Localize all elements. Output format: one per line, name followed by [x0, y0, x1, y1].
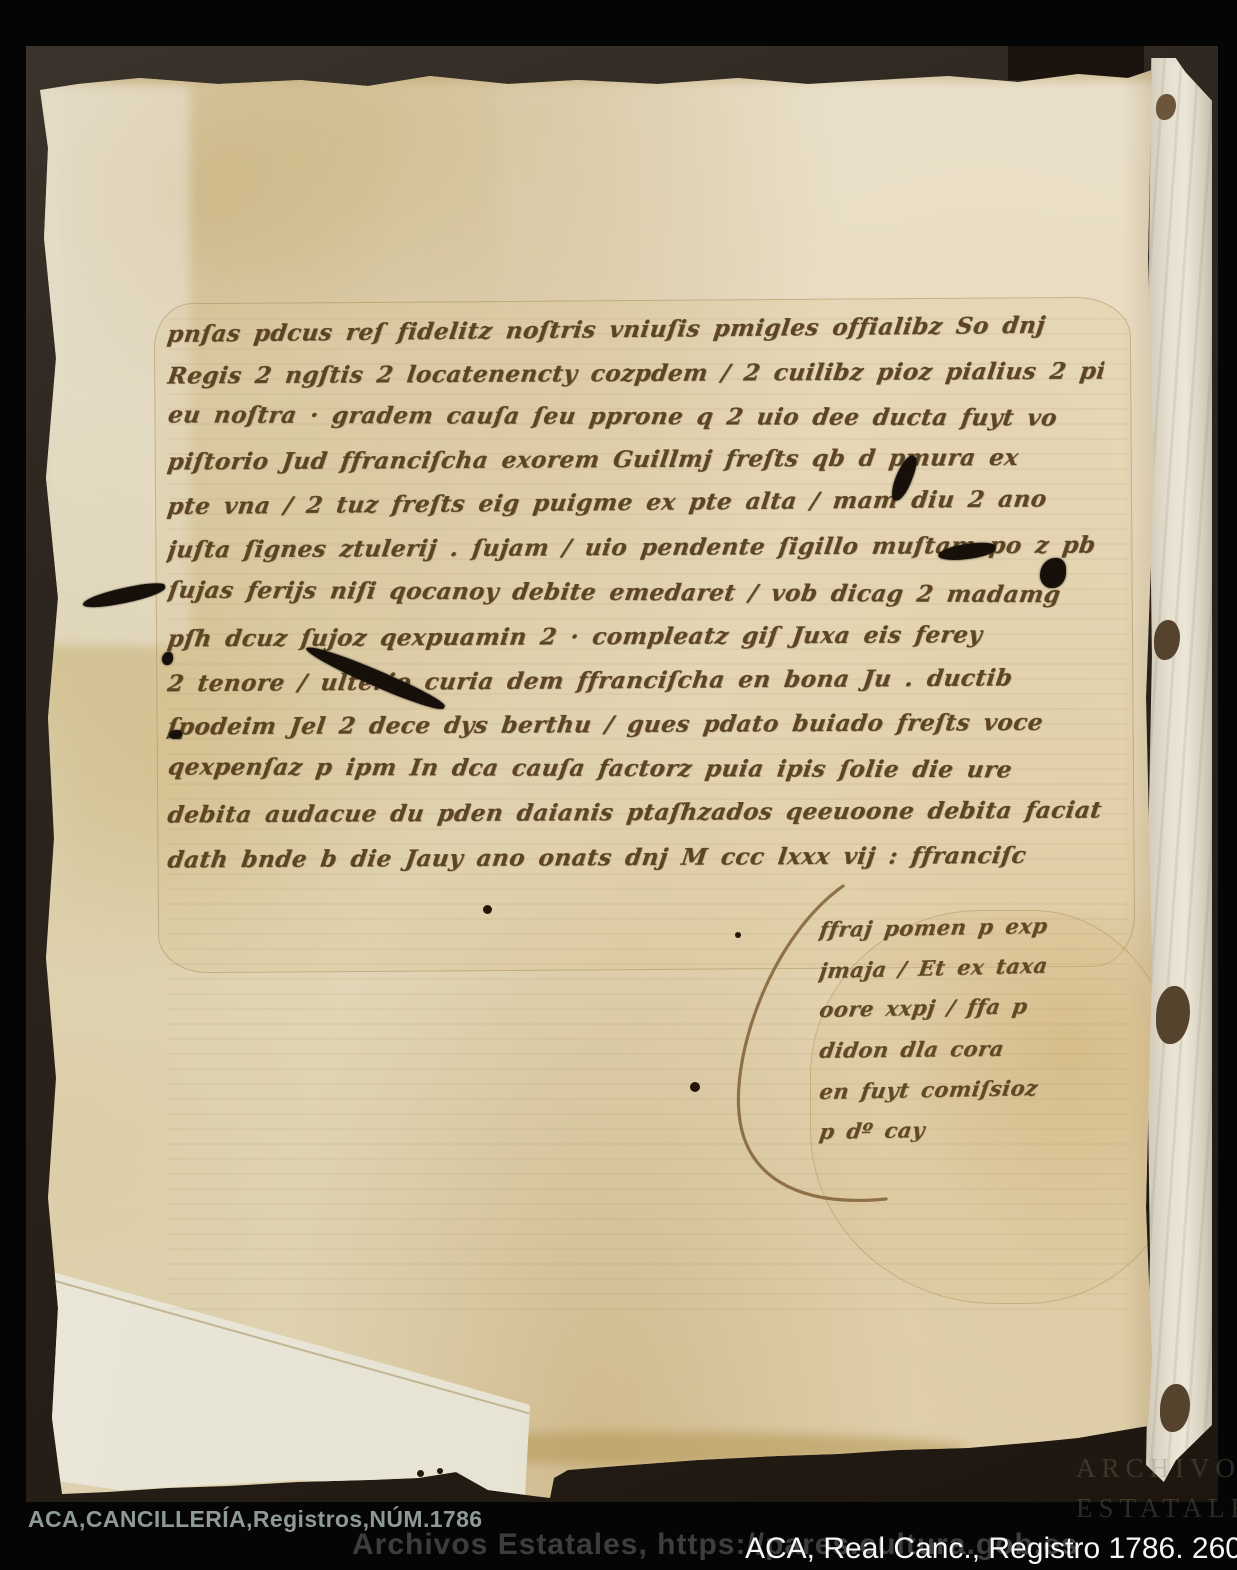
ink-spot	[417, 1470, 424, 1477]
ink-spot	[437, 1468, 443, 1474]
ink-blot	[169, 730, 182, 739]
manuscript-line: Regis 2 ngſtis 2 locatenencty cozpdem / …	[166, 358, 1105, 390]
archivos-estatales-logo: ARCHIVOS ESTATALES	[1076, 1448, 1237, 1528]
caption-bottom-left: ACA,CANCILLERÍA,Registros,NÚM.1786	[28, 1506, 483, 1533]
manuscript-line: debita audacue du pden daianis ptaſhzado…	[166, 797, 1105, 829]
manuscript-line: ſpodeim Jel 2 dece dys berthu / gues pda…	[166, 709, 1105, 741]
ink-spot	[690, 1082, 700, 1092]
caption-bottom-right: ACA, Real Canc., Registro 1786. 260V	[745, 1532, 1237, 1566]
scan-viewport: pnſas pdcus reſ fidelitz noſtris vniuſis…	[0, 0, 1237, 1570]
torn-hole	[1156, 986, 1190, 1044]
under-page-edge	[1146, 58, 1212, 1482]
ink-spot	[735, 932, 741, 938]
torn-hole	[1154, 620, 1180, 660]
manuscript-line: qexpenſaz p ipm In dca cauſa factorz pui…	[166, 753, 1104, 783]
manuscript-line: ſujas ferijs niſi qocanoy debite emedare…	[166, 577, 1104, 609]
archivos-estatales-logo-line1: ARCHIVOS	[1076, 1448, 1237, 1488]
ink-spot	[483, 905, 492, 914]
manuscript-line: dath bnde b die Jauy ano onats dnj M ccc…	[166, 842, 1105, 874]
ink-blot	[81, 580, 166, 611]
manuscript-line: eu noſtra · gradem cauſa ſeu pprone q 2 …	[166, 401, 1104, 431]
torn-hole	[1156, 94, 1176, 120]
parchment-page: pnſas pdcus reſ fidelitz noſtris vniuſis…	[38, 58, 1156, 1498]
note-line: didon dla cora	[818, 1034, 1162, 1063]
archivos-estatales-logo-line2: ESTATALES	[1076, 1488, 1237, 1528]
torn-hole	[1160, 1384, 1190, 1432]
manuscript-line: piſtorio Jud ffranciſcha exorem Guillmj …	[166, 444, 1105, 476]
